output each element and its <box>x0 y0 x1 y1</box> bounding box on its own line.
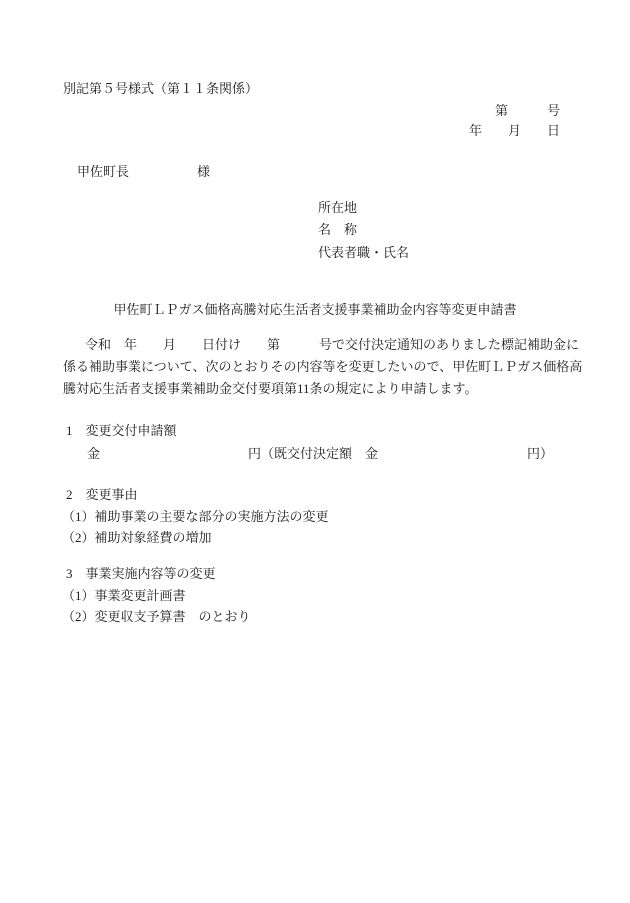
form-label: 別記第５号様式（第１１条関係） <box>63 82 258 95</box>
sender-representative-label: 代表者職・氏名 <box>318 246 409 259</box>
document-title: 甲佐町ＬＰガス価格高騰対応生活者支援事業補助金内容等変更申請書 <box>0 303 630 316</box>
body-paragraph-line-3: 騰対応生活者支援事業補助金交付要項第11条の規定により申請します。 <box>63 382 477 395</box>
doc-number-line: 第 号 <box>495 104 560 117</box>
sender-location-label: 所在地 <box>318 201 357 214</box>
date-line: 年 月 日 <box>469 124 560 137</box>
document-page: 別記第５号様式（第１１条関係） 第 号 年 月 日 甲佐町長 様 所在地 名 称… <box>0 0 630 903</box>
section-3-item-1: （1）事業変更計画書 <box>62 589 186 602</box>
amount-suffix: 円） <box>527 447 553 460</box>
sender-name-label: 名 称 <box>318 223 357 236</box>
section-3-heading: 3 事業実施内容等の変更 <box>66 567 216 580</box>
section-1-heading: 1 変更交付申請額 <box>66 424 177 437</box>
amount-prefix: 金 <box>87 447 100 460</box>
section-2-heading: 2 変更事由 <box>66 488 138 501</box>
section-2-item-1: （1）補助事業の主要な部分の実施方法の変更 <box>62 510 329 523</box>
section-2-item-2: （2）補助対象経費の増加 <box>62 531 212 544</box>
body-paragraph-line-2: 係る補助事業について、次のとおりその内容等を変更したいので、甲佐町ＬＰガス価格高 <box>63 360 582 373</box>
body-paragraph-line-1: 令和 年 月 日付け 第 号で交付決定通知のありました標記補助金に <box>85 338 579 351</box>
section-3-item-2: （2）変更収支予算書 のとおり <box>62 610 251 623</box>
addressee-honorific: 様 <box>197 165 210 178</box>
addressee-name: 甲佐町長 <box>77 165 129 178</box>
amount-middle: 円（既交付決定額 金 <box>248 447 378 460</box>
